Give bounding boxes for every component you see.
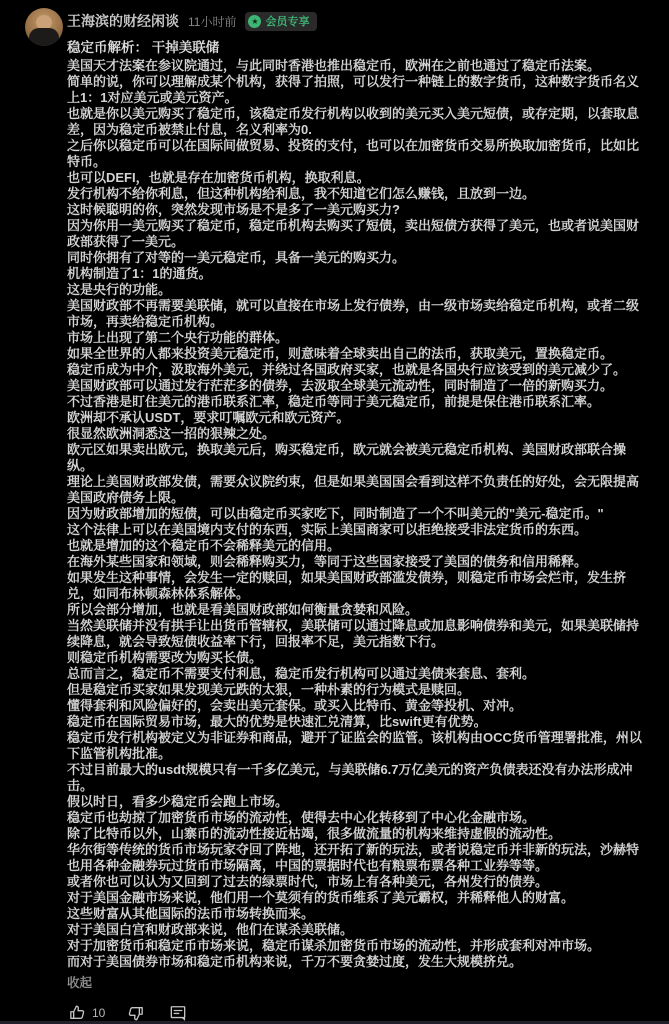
post-paragraph: 如果全世界的人都来投资美元稳定币，则意味着全球卖出自己的法币，获取美元，置换稳定… [67,346,642,362]
member-badge-label: 会员专享 [265,13,309,29]
post-paragraph: 除了比特币以外，山寨币的流动性接近枯竭，很多做流量的机构来维持虚假的流动性。 [67,826,642,842]
post-paragraph: 而对于美国债券市场和稳定币机构来说，千万不要贪婪过度，发生大规模挤兑。 [67,954,642,970]
post-paragraph: 简单的说，你可以理解成某个机构，获得了拍照，可以发行一种链上的数字货币，这种数字… [67,74,642,106]
post-paragraph: 欧元区如果卖出欧元，换取美元后，购买稳定币，欧元就会被美元稳定币机构、美国财政部… [67,442,642,474]
post-paragraph: 如果发生这种事情，会发生一定的赎回，如果美国财政部滥发债券，则稳定币市场会烂市，… [67,570,642,602]
star-icon: ★ [248,15,261,28]
post-paragraph: 这些财富从其他国际的法币市场转换而来。 [67,906,642,922]
post-card: 王海滨的财经闲谈 11小时前 ★ 会员专享 稳定币解析： 干掉美联储 美国天才法… [0,0,669,1024]
like-button[interactable]: 10 [67,1003,105,1023]
avatar-body [29,28,59,46]
thumbs-up-icon [67,1003,87,1023]
post-paragraph: 对于美国金融市场来说，他们用一个莫须有的货币维系了美元霸权，并稀释他人的财富。 [67,890,642,906]
post-body: 美国天才法案在参议院通过，与此同时香港也推出稳定币，欧洲在之前也通过了稳定币法案… [67,58,642,970]
post-paragraph: 市场上出现了第二个央行功能的群体。 [67,330,642,346]
post-content: 王海滨的财经闲谈 11小时前 ★ 会员专享 稳定币解析： 干掉美联储 美国天才法… [67,10,642,1024]
post-paragraph: 所以会部分增加，也就是看美国财政部如何衡量贪婪和风险。 [67,602,642,618]
post-header: 王海滨的财经闲谈 11小时前 ★ 会员专享 [67,10,642,32]
comment-icon [168,1003,188,1023]
post-paragraph: 或者你也可以认为又回到了过去的绿票时代，市场上有各种美元，各州发行的债券。 [67,874,642,890]
post-timestamp: 11小时前 [188,13,236,30]
post-paragraph: 这是央行的功能。 [67,282,642,298]
post-paragraph: 不过香港是盯住美元的港币联系汇率，稳定币等同于美元稳定币，前提是保住港币联系汇率… [67,394,642,410]
post-paragraph: 发行机构不给你利息，但这种机构给利息，我不知道它们怎么赚钱，且放到一边。 [67,186,642,202]
post-paragraph: 懂得套利和风险偏好的，会卖出美元套保。或买入比特币、黄金等投机、对冲。 [67,698,642,714]
dislike-button[interactable] [126,1003,146,1023]
post-paragraph: 理论上美国财政部发债，需要众议院约束，但是如果美国国会看到这样不负责任的好处，会… [67,474,642,506]
post-paragraph: 不过目前最大的usdt规模只有一千多亿美元，与美联储6.7万亿美元的资产负债表还… [67,762,642,794]
post-paragraph: 则稳定币机构需要改为购买长债。 [67,650,642,666]
author-name[interactable]: 王海滨的财经闲谈 [67,11,179,31]
avatar[interactable] [25,8,63,46]
post-paragraph: 美国天才法案在参议院通过，与此同时香港也推出稳定币，欧洲在之前也通过了稳定币法案… [67,58,642,74]
post-paragraph: 稳定币在国际贸易市场，最大的优势是快速汇兑清算，比swift更有优势。 [67,714,642,730]
post-paragraph: 欧洲却不承认USDT，要求叮嘱欧元和欧元资产。 [67,410,642,426]
post-paragraph: 但是稳定币买家如果发现美元跌的太狠，一种朴素的行为模式是赎回。 [67,682,642,698]
member-badge: ★ 会员专享 [245,12,317,31]
post-paragraph: 同时你拥有了对等的一美元稳定币，具备一美元的购买力。 [67,250,642,266]
post-paragraph: 美国财政部不再需要美联储，就可以直接在市场上发行债券，由一级市场卖给稳定币机构，… [67,298,642,330]
like-count: 10 [92,1006,105,1020]
post-paragraph: 稳定币发行机构被定义为非证券和商品，避开了证监会的监管。该机构由OCC货币管理署… [67,730,642,762]
post-paragraph: 之后你以稳定币可以在国际间做贸易、投资的支付，也可以在加密货币交易所换取加密货币… [67,138,642,170]
post-paragraph: 机构制造了1：1的通货。 [67,266,642,282]
post-paragraph: 因为你用一美元购买了稳定币，稳定币机构去购买了短债，卖出短债方获得了美元，也或者… [67,218,642,250]
post-paragraph: 对于加密货币和稳定币市场来说，稳定币谋杀加密货币市场的流动性，并形成套利对冲市场… [67,938,642,954]
post-paragraph: 因为财政部增加的短债，可以由稳定币买家吃下，同时制造了一个不叫美元的"美元-稳定… [67,506,642,522]
post-paragraph: 这时候聪明的你，突然发现市场是不是多了一美元购买力? [67,202,642,218]
comment-button[interactable] [168,1003,188,1023]
post-paragraph: 当然美联储并没有拱手让出货币管辖权，美联储可以通过降息或加息影响债券和美元，如果… [67,618,642,650]
post-paragraph: 华尔街等传统的货币市场玩家夺回了阵地，还开拓了新的玩法，或者说稳定币并非新的玩法… [67,842,642,874]
post-paragraph: 这个法律上可以在美国境内支付的东西，实际上美国商家可以拒绝接受非法定货币的东西。 [67,522,642,538]
post-paragraph: 在海外某些国家和领域，则会稀释购买力，等同于这些国家接受了美国的债务和信用稀释。 [67,554,642,570]
post-paragraph: 稳定币也劫掠了加密货币市场的流动性，使得去中心化转移到了中心化金融市场。 [67,810,642,826]
post-paragraph: 假以时日，看多少稳定币会跑上市场。 [67,794,642,810]
post-paragraph: 对于美国白宫和财政部来说，他们在谋杀美联储。 [67,922,642,938]
post-title: 稳定币解析： 干掉美联储 [67,39,642,56]
post-paragraph: 稳定币成为中介，汲取海外美元，并绕过各国政府买家，也就是各国央行应该受到的美元减… [67,362,642,378]
post-paragraph: 很显然欧洲洞悉这一招的狠辣之处。 [67,426,642,442]
post-paragraph: 也就是增加的这个稳定币不会稀释美元的信用。 [67,538,642,554]
post-paragraph: 也可以DEFI，也就是存在加密货币机构，换取利息。 [67,170,642,186]
post-paragraph: 美国财政部可以通过发行茫茫多的债券，去汲取全球美元流动性，同时制造了一倍的新购买… [67,378,642,394]
post-paragraph: 也就是你以美元购买了稳定币，该稳定币发行机构以收到的美元买入美元短债，或存定期，… [67,106,642,138]
thumbs-down-icon [126,1003,146,1023]
collapse-link[interactable]: 收起 [67,973,92,991]
post-paragraph: 总而言之，稳定币不需要支付利息，稳定币发行机构可以通过美债来套息、套利。 [67,666,642,682]
